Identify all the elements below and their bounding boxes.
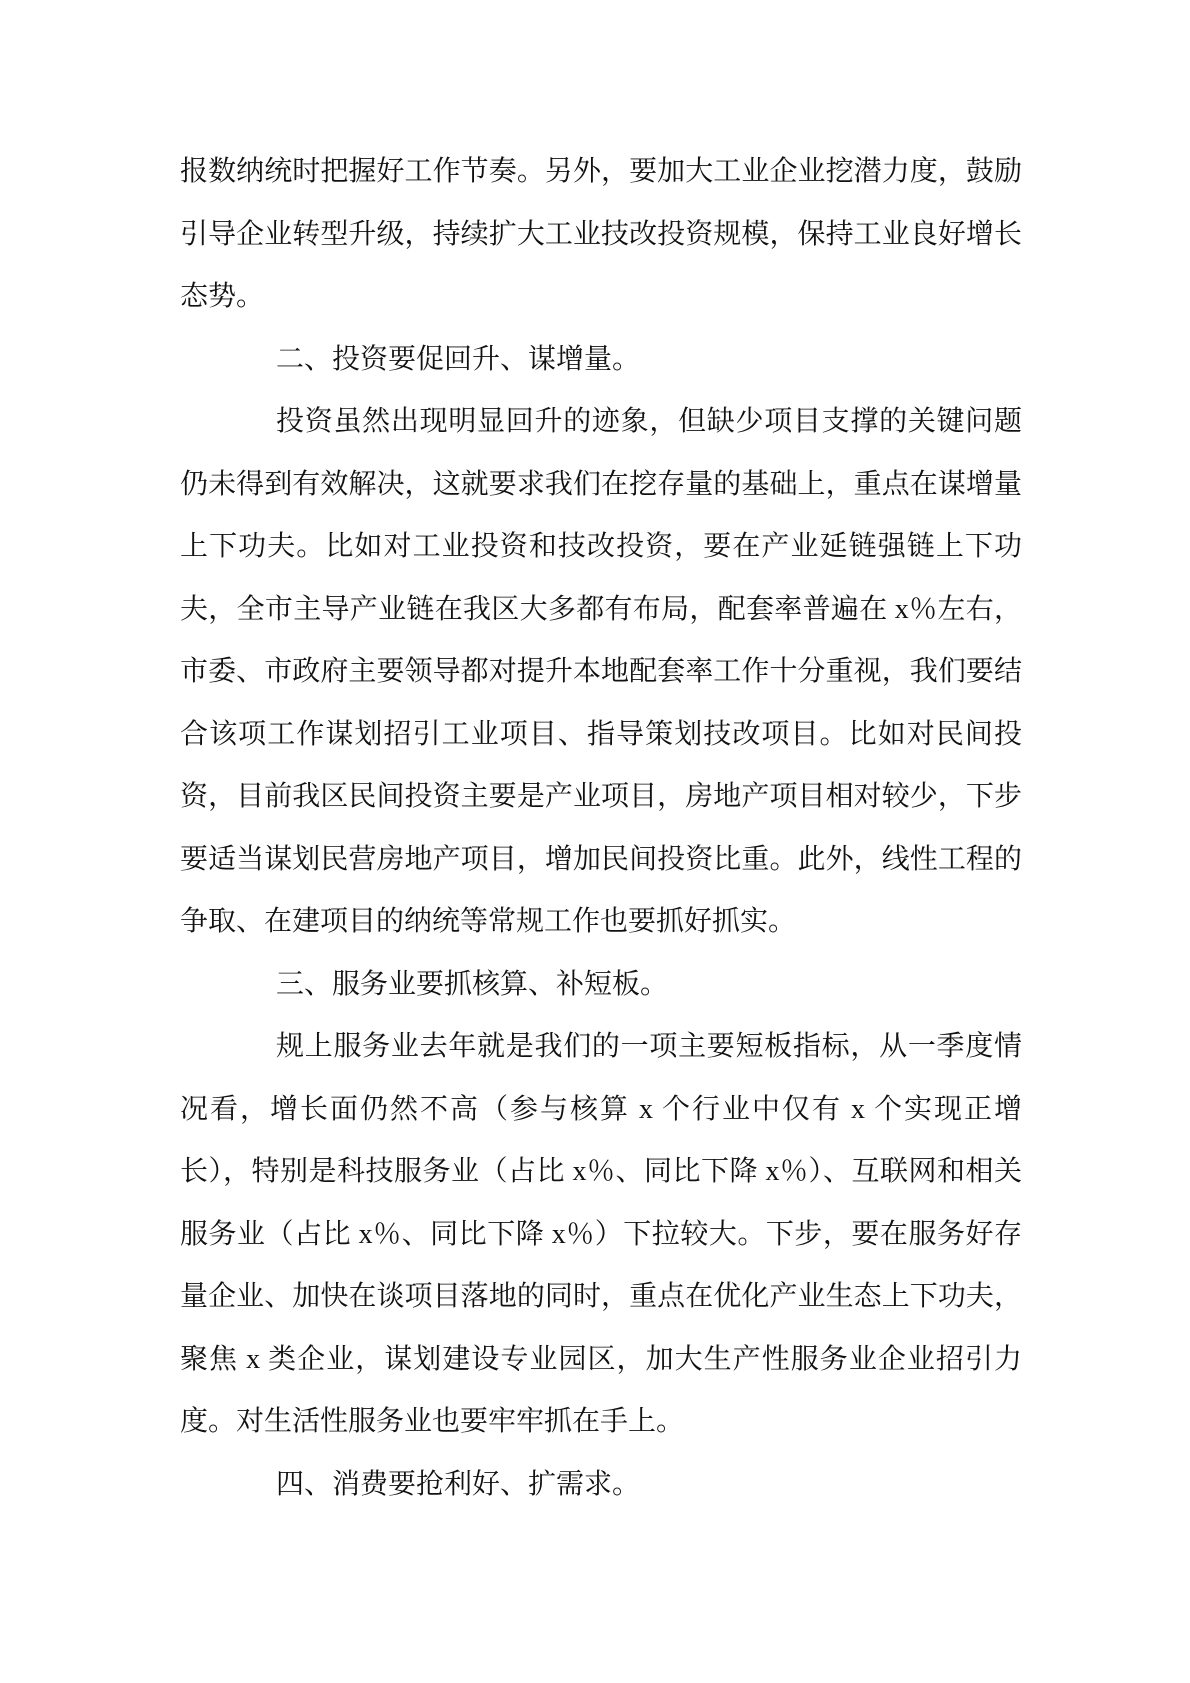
paragraph-investment: 投资虽然出现明显回升的迹象，但缺少项目支撑的关键问题仍未得到有效解决，这就要求我… bbox=[180, 391, 1022, 954]
document-page: 报数纳统时把握好工作节奏。另外，要加大工业企业挖潜力度，鼓励引导企业转型升级，持… bbox=[0, 0, 1190, 1683]
section-heading-2: 二、投资要促回升、谋增量。 bbox=[180, 329, 1022, 392]
document-text-block: 报数纳统时把握好工作节奏。另外，要加大工业企业挖潜力度，鼓励引导企业转型升级，持… bbox=[180, 141, 1022, 1516]
paragraph-continuation: 报数纳统时把握好工作节奏。另外，要加大工业企业挖潜力度，鼓励引导企业转型升级，持… bbox=[180, 141, 1022, 329]
section-heading-4: 四、消费要抢利好、扩需求。 bbox=[180, 1454, 1022, 1517]
paragraph-services: 规上服务业去年就是我们的一项主要短板指标，从一季度情况看，增长面仍然不高（参与核… bbox=[180, 1016, 1022, 1454]
section-heading-3: 三、服务业要抓核算、补短板。 bbox=[180, 954, 1022, 1017]
